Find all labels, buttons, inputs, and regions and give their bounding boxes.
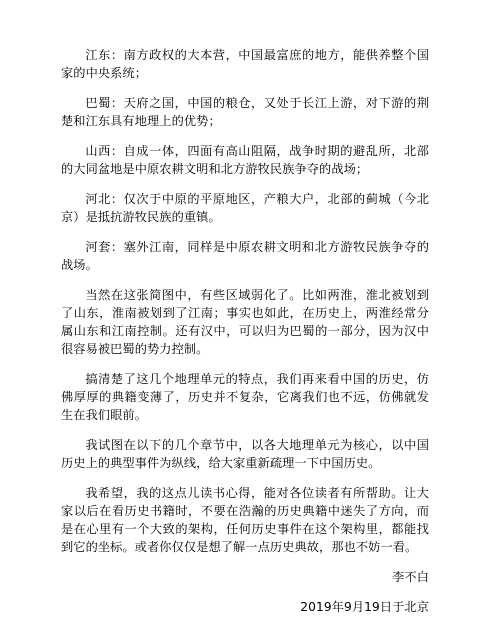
paragraph-understanding: 搞清楚了这几个地理单元的特点，我们再来看中国的历史，仿佛厚厚的典籍变薄了，历史并… [61,370,429,424]
paragraph-shanxi: 山西：自成一体，四面有高山阻隔，战争时期的避乱所，北部的大同盆地是中原农耕文明和… [61,142,429,178]
paragraph-bashu: 巴蜀：天府之国，中国的粮仓，又处于长江上游，对下游的荆楚和江东具有地理上的优势； [61,94,429,130]
document-page: 江东：南方政权的大本营，中国最富庶的地方，能供养整个国家的中央系统； 巴蜀：天府… [0,0,489,626]
author-signature: 李不白 [61,568,429,586]
date-place: 2019年9月19日于北京 [61,598,429,616]
paragraph-chapters-intent: 我试图在以下的几个章节中，以各大地理单元为核心，以中国历史上的典型事件为纵线，给… [61,436,429,472]
paragraph-jiangdong: 江东：南方政权的大本营，中国最富庶的地方，能供养整个国家的中央系统； [61,46,429,82]
paragraph-weakened-regions: 当然在这张简图中，有些区域弱化了。比如两淮，淮北被划到了山东，淮南被划到了江南；… [61,286,429,358]
paragraph-hope: 我希望，我的这点儿读书心得，能对各位读者有所帮助。让大家以后在看历史书籍时，不要… [61,484,429,556]
paragraph-hebei: 河北：仅次于中原的平原地区，产粮大户，北部的蓟城（今北京）是抵抗游牧民族的重镇。 [61,190,429,226]
paragraph-hetao: 河套：塞外江南，同样是中原农耕文明和北方游牧民族争夺的战场。 [61,238,429,274]
